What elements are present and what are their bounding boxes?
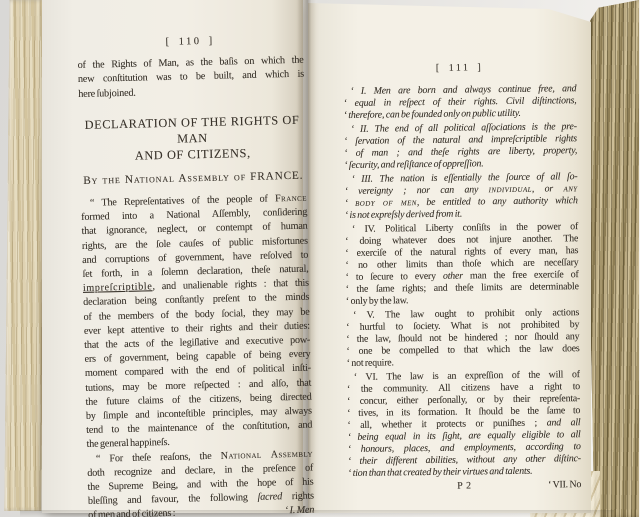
page-fore-edge-right [587,0,639,517]
catchword: ‘ I. Men [285,504,315,517]
text-line: ‘ ſecurity, and reſiſtance of oppreſſion… [344,157,577,172]
right-page-text: [ 111 ] ‘ I. Men are born and always con… [343,61,581,494]
text-line: ‘ tion than that created by their virtue… [348,465,581,480]
page-number-111: [ 111 ] [343,61,576,76]
signature-mark: P 2 [457,481,472,493]
book-photograph: [ 110 ] of the Rights of Man, as the baſ… [0,0,640,517]
left-page-text: [ 110 ] of the Rights of Man, as the baſ… [77,33,314,517]
page-fore-edge-left [4,0,46,511]
declaration-closing-paragraph: “ For theſe reaſons, the National Assemb… [87,447,315,517]
left-intro-paragraph: of the Rights of Man, as the baſis on wh… [77,54,304,102]
footer-spacer [348,481,457,494]
text-line: ‘ only by the law. [346,293,579,308]
catchword: ‘ VII. No [472,480,581,493]
preamble-paragraph: “ The Repreſentatives of the people of F… [81,192,313,453]
declaration-title: DECLARATION OF THE RIGHTS OF MAN AND OF … [79,111,306,164]
declaration-articles: ‘ I. Men are born and always continue fr… [343,83,581,479]
text-line: ‘ is not expreſsly derived from it. [345,207,578,222]
text-line: ‘ therefore, can be founded only on publ… [344,107,577,122]
national-assembly-byline: By the National Assembly of FRANCE. [80,168,306,188]
declaration-title-line-1: DECLARATION OF THE RIGHTS OF MAN [79,111,306,148]
text-line: ‘ not require. [347,355,580,370]
